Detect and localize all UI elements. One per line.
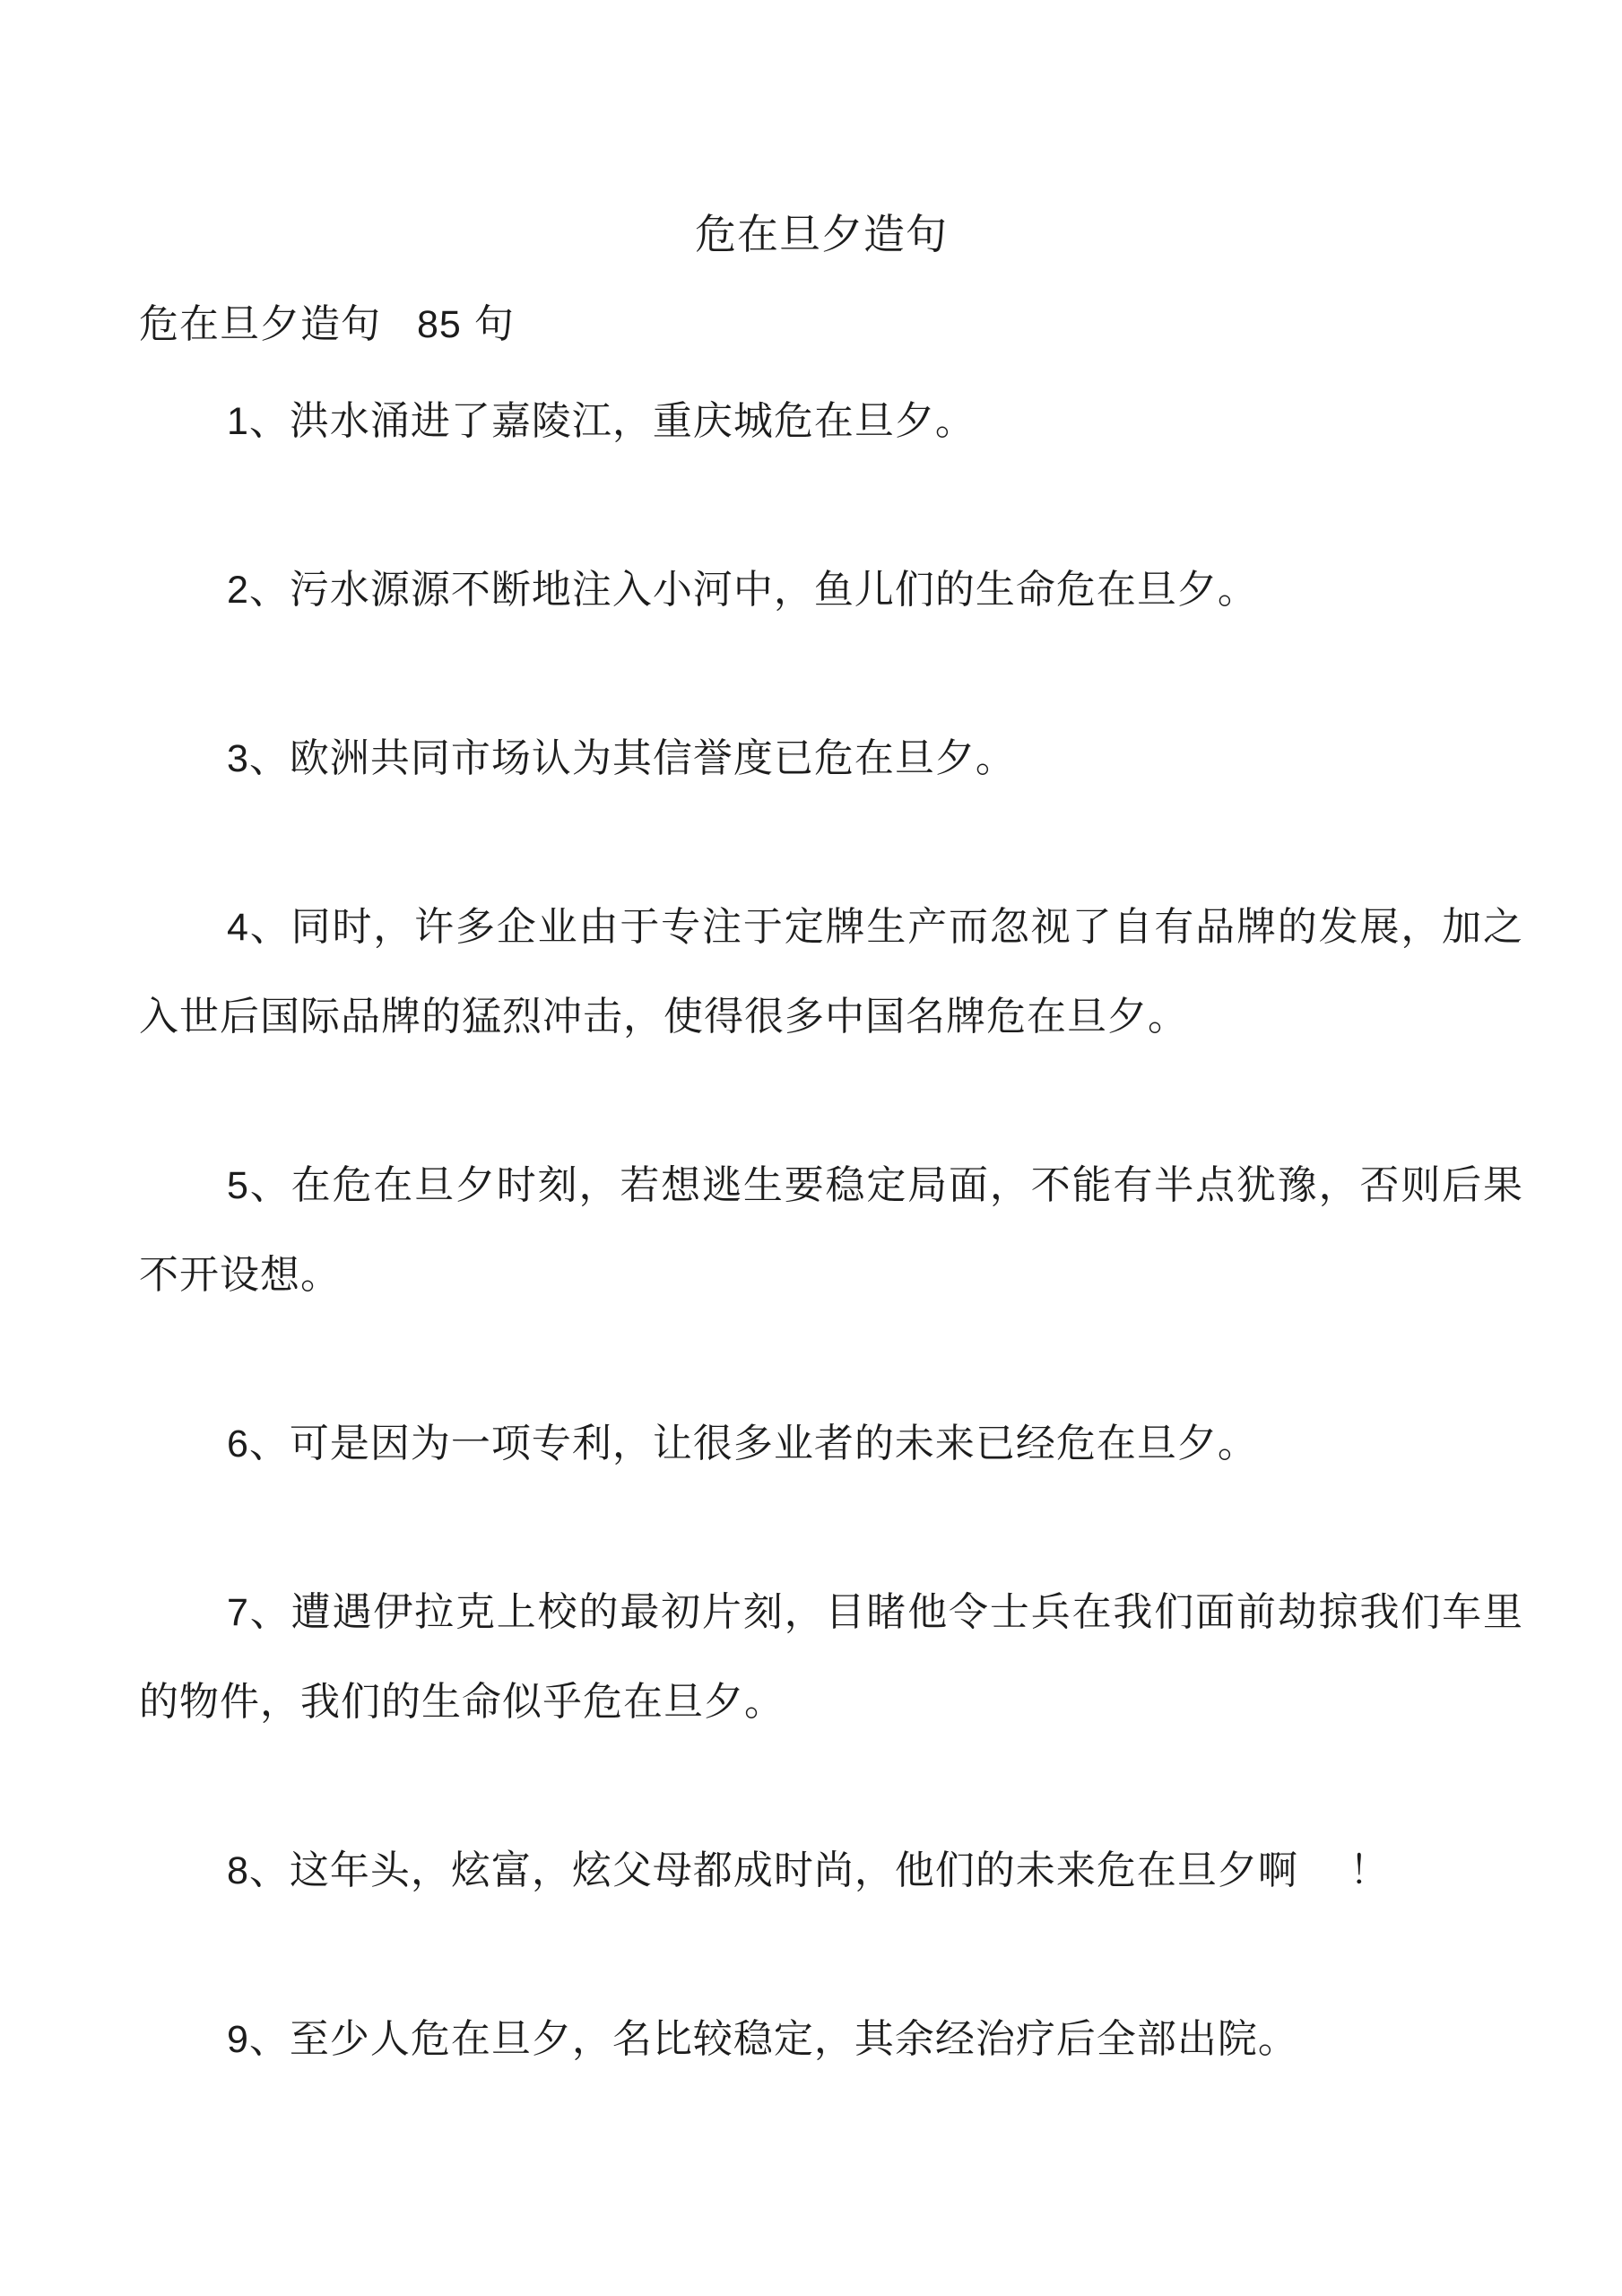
sentence-item: 4、同时，许多企业由于专注于定牌生产而忽视了自有品牌的发展，加之入世后国际品牌的… [139,883,1523,1062]
subtitle-suffix: 句 [474,302,515,346]
sentence-list: 1、洪水涌进了嘉陵江，重庆城危在旦夕。2、污水源源不断地注入小河中，鱼儿们的生命… [139,377,1523,2084]
sentence-item: 3、欧洲共同市场认为其信誉度已危在旦夕。 [139,714,1523,804]
document-page: 危在旦夕造句 危在旦夕造句85句 1、洪水涌进了嘉陵江，重庆城危在旦夕。2、污水… [0,0,1622,2296]
sentence-number: 2 [227,569,249,612]
sentence-item: 1、洪水涌进了嘉陵江，重庆城危在旦夕。 [139,377,1523,466]
sentence-text: 、在危在旦夕时刻，若想逃生要稳定局面，不能有半点犹豫，否则后果不开设想。 [139,1163,1523,1297]
sentence-text: 、可是因为一项专利，让很多业者的未来已经危在旦夕。 [249,1422,1258,1465]
sentence-text: 、至少人危在旦夕，名比较稳定，其余经治疗后全部出院。 [249,2017,1298,2061]
sentence-text: 、这年头，炫富，炫父母都成时尚，他们的未来危在旦夕啊 ！ [249,1848,1390,1892]
sentence-item: 6、可是因为一项专利，让很多业者的未来已经危在旦夕。 [139,1399,1523,1489]
sentence-text: 、遭遇伊拉克上校的最初片刻，目睹他令士兵在我们面前劫掠我们车里的物件，我们的生命… [139,1590,1523,1724]
subtitle: 危在旦夕造句85句 [139,280,1523,370]
subtitle-text: 危在旦夕造句 [139,302,381,346]
sentence-number: 5 [227,1164,249,1207]
sentence-number: 6 [227,1422,249,1465]
sentence-item: 5、在危在旦夕时刻，若想逃生要稳定局面，不能有半点犹豫，否则后果不开设想。 [139,1141,1523,1320]
sentence-text: 、欧洲共同市场认为其信誉度已危在旦夕。 [249,736,1016,780]
sentence-text: 、同时，许多企业由于专注于定牌生产而忽视了自有品牌的发展，加之入世后国际品牌的猛… [139,905,1523,1039]
sentence-text: 、污水源源不断地注入小河中，鱼儿们的生命危在旦夕。 [249,568,1258,612]
sentence-item: 2、污水源源不断地注入小河中，鱼儿们的生命危在旦夕。 [139,545,1523,635]
sentence-number: 7 [227,1591,249,1634]
sentence-text: 、洪水涌进了嘉陵江，重庆城危在旦夕。 [249,399,976,443]
subtitle-count: 85 [417,303,462,346]
sentence-item: 8、这年头，炫富，炫父母都成时尚，他们的未来危在旦夕啊 ！ [139,1826,1523,1916]
sentence-number: 3 [227,737,249,780]
sentence-number: 1 [227,400,249,443]
sentence-number: 8 [227,1849,249,1892]
sentence-item: 7、遭遇伊拉克上校的最初片刻，目睹他令士兵在我们面前劫掠我们车里的物件，我们的生… [139,1568,1523,1747]
page-title: 危在旦夕造句 [119,190,1523,280]
sentence-number: 9 [227,2018,249,2061]
sentence-number: 4 [227,906,249,949]
sentence-item: 9、至少人危在旦夕，名比较稳定，其余经治疗后全部出院。 [139,1995,1523,2084]
